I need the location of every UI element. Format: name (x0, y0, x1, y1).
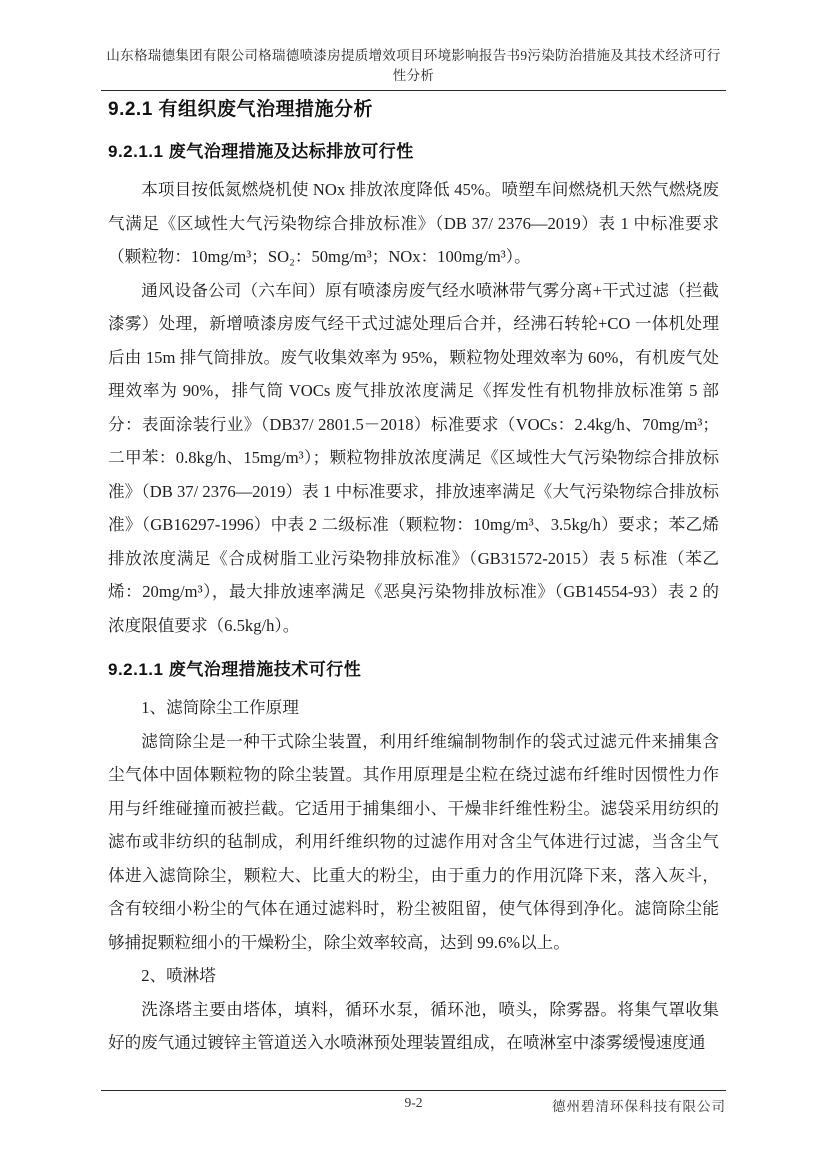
paragraph-filter-cartridge-detail: 滤筒除尘是一种干式除尘装置，利用纤维编制物制作的袋式过滤元件来捕集含尘气体中固体… (108, 725, 719, 960)
header-title: 山东格瑞德集团有限公司格瑞德喷漆房提质增效项目环境影响报告书9污染防治措施及其技… (101, 46, 726, 91)
paragraph-spray-booth-treatment: 通风设备公司（六车间）原有喷漆房废气经水喷淋带气雾分离+干式过滤（拦截漆雾）处理… (108, 274, 719, 643)
section-heading-organized-waste-gas: 9.2.1 有组织废气治理措施分析 (108, 94, 719, 121)
subsection-heading-standard-compliance: 9.2.1.1 废气治理措施及达标排放可行性 (108, 137, 719, 162)
page-footer: 9-2 德州碧清环保科技有限公司 (101, 1090, 726, 1117)
list-item-spray-tower: 2、喷淋塔 (108, 959, 719, 993)
subsection-heading-technical-feasibility: 9.2.1.1 废气治理措施技术可行性 (108, 655, 719, 680)
page-header: 山东格瑞德集团有限公司格瑞德喷漆房提质增效项目环境影响报告书9污染防治措施及其技… (101, 46, 726, 91)
paragraph-nox-reduction: 本项目按低氮燃烧机使 NOx 排放浓度降低 45%。喷塑车间燃烧机天然气燃烧废气… (108, 173, 719, 274)
footer-company-name: 德州碧清环保科技有限公司 (552, 1095, 726, 1115)
document-page: 山东格瑞德集团有限公司格瑞德喷漆房提质增效项目环境影响报告书9污染防治措施及其技… (0, 0, 827, 1169)
list-item-filter-cartridge-principle: 1、滤筒除尘工作原理 (108, 691, 719, 725)
document-body: 9.2.1 有组织废气治理措施分析 9.2.1.1 废气治理措施及达标排放可行性… (108, 88, 719, 1060)
paragraph-spray-tower-detail: 洗涤塔主要由塔体，填料，循环水泵，循环池，喷头，除雾器。将集气罩收集好的废气通过… (108, 993, 719, 1060)
